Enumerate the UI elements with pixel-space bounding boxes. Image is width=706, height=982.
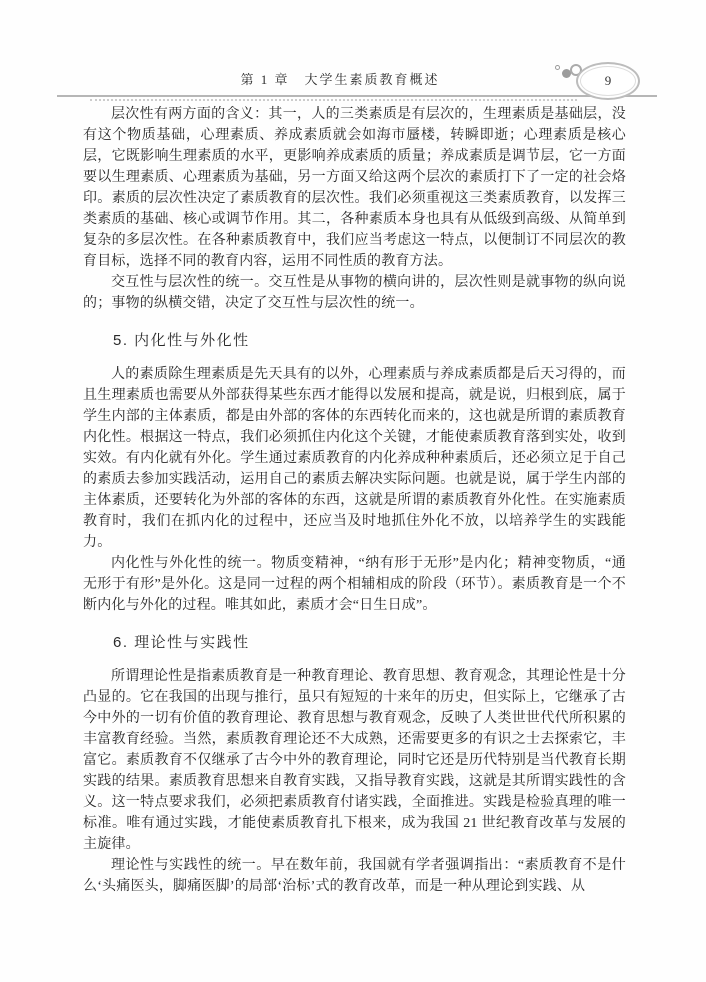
paragraph-unity-theory-practice: 理论性与实践性的统一。早在数年前，我国就有学者强调指出：“素质教育不是什么‘头痛… (83, 855, 626, 897)
paragraph-unity-internal-external: 内化性与外化性的统一。物质变精神，“纳有形于无形”是内化；精神变物质，“通无形于… (83, 553, 626, 616)
book-page: 第 1 章 大学生素质教育概述 9 层次性有两方面的含义：其一，人的三类素质是有… (0, 0, 706, 982)
bubble-dot-small (555, 65, 560, 70)
page-number-badge: 9 (576, 62, 640, 100)
header-rule-dotted (90, 99, 577, 101)
paragraph-layering: 层次性有两方面的含义：其一，人的三类素质是有层次的，生理素质是基础层，没有这个物… (83, 104, 626, 272)
section-heading-6-theory-practice: 6. 理论性与实践性 (83, 632, 626, 653)
page-number: 9 (605, 73, 612, 89)
header-rule-solid (57, 95, 657, 97)
paragraph-unity-interaction-layering: 交互性与层次性的统一。交互性是从事物的横向讲的，层次性则是就事物的纵向说的；事物… (83, 272, 626, 314)
section-heading-5-internalization-externalization: 5. 内化性与外化性 (83, 330, 626, 351)
page-body: 层次性有两方面的含义：其一，人的三类素质是有层次的，生理素质是基础层，没有这个物… (83, 104, 626, 897)
paragraph-internalization: 人的素质除生理素质是先天具有的以外，心理素质与养成素质都是后天习得的，而且生理素… (83, 364, 626, 553)
paragraph-theory-practice: 所谓理论性是指素质教育是一种教育理论、教育思想、教育观念，其理论性是十分凸显的。… (83, 666, 626, 855)
